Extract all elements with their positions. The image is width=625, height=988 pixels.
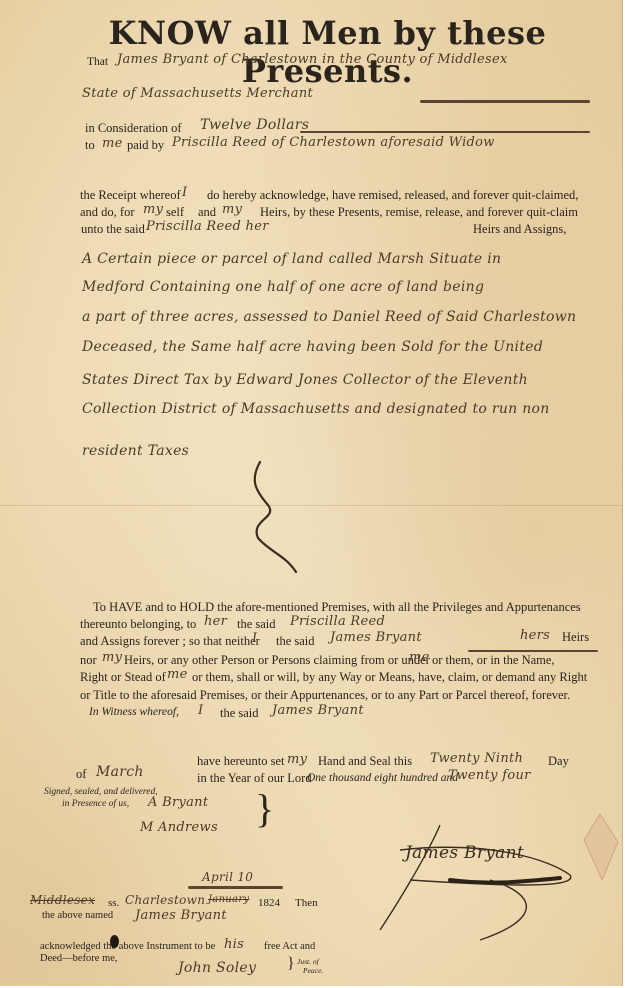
witness-name-1: A Bryant xyxy=(148,795,208,810)
grantor-line-2: State of Massachusetts Merchant xyxy=(82,86,313,101)
that-label: That xyxy=(87,56,108,68)
justice-signature: John Soley xyxy=(178,960,256,976)
justice-title-1: Just. of xyxy=(297,957,319,966)
to-fill: me xyxy=(102,136,123,151)
habendum-line-6: or Title to the aforesaid Premises, or t… xyxy=(80,688,570,703)
consideration-label: in Consideration of xyxy=(85,121,182,136)
fold-line xyxy=(0,505,622,506)
receipt-fill-my: my xyxy=(143,202,163,217)
habendum-fill-grantor: James Bryant xyxy=(330,630,422,645)
ack-fill-his: his xyxy=(224,937,244,952)
receipt-line-3b: Heirs and Assigns, xyxy=(473,222,566,237)
habendum-line-2b: the said xyxy=(237,617,276,632)
ack-above-named: the above named xyxy=(42,910,113,921)
ack-year: 1824 xyxy=(258,897,280,909)
to-label: to xyxy=(85,138,95,153)
in-presence-label: in Presence of us, xyxy=(62,799,129,809)
struck-date: January xyxy=(208,894,249,905)
habendum-line-3a: and Assigns forever ; so that neither xyxy=(80,634,260,649)
receipt-and: and xyxy=(198,205,216,220)
signed-sealed-label: Signed, sealed, and delivered, xyxy=(44,787,158,797)
county-fill: Middlesex xyxy=(30,893,95,907)
paid-by-label: paid by xyxy=(127,138,164,153)
testimonium-line-1b: Hand and Seal this xyxy=(318,754,412,769)
description-line-1: A Certain piece or parcel of land called… xyxy=(82,251,501,267)
fill-rule xyxy=(188,886,283,889)
testimonium-year-words: One thousand eight hundred and xyxy=(307,772,458,784)
place-fill: Charlestown xyxy=(125,893,205,907)
description-line-4: Deceased, the Same half acre having been… xyxy=(82,339,543,355)
testimonium-day-fill: Twenty Ninth xyxy=(430,751,523,766)
habendum-line-2a: thereunto belonging, to xyxy=(80,617,196,632)
description-line-7: resident Taxes xyxy=(82,443,189,459)
testimonium-fill-my: my xyxy=(287,752,307,767)
receipt-line-1b: do hereby acknowledge, have remised, rel… xyxy=(207,188,578,203)
ack-line-3b: free Act and xyxy=(264,941,315,952)
payer-fill: Priscilla Reed of Charlestown aforesaid … xyxy=(172,135,495,150)
habendum-fill-me-2: me xyxy=(167,667,188,682)
witness-name-2: M Andrews xyxy=(140,820,218,835)
ack-name-fill: James Bryant xyxy=(135,908,227,923)
witness-said: the said xyxy=(220,706,259,721)
ack-then: Then xyxy=(295,897,318,909)
justice-brace: } xyxy=(287,955,295,973)
witness-fill-i: I xyxy=(198,703,203,718)
signature-flourish xyxy=(370,820,600,950)
year-fill: Twenty four xyxy=(448,768,531,783)
description-line-6: Collection District of Massachusetts and… xyxy=(82,401,550,417)
habendum-fill-her: her xyxy=(204,614,227,629)
description-line-3: a part of three acres, assessed to Danie… xyxy=(82,309,576,325)
habendum-line-4a: nor xyxy=(80,653,97,668)
fill-rule xyxy=(420,100,590,103)
habendum-line-4c: or them, or in the Name, xyxy=(432,653,555,668)
wax-seal-mark xyxy=(580,812,620,882)
ink-blot xyxy=(110,935,119,948)
habendum-heirs: Heirs xyxy=(562,630,589,645)
receipt-line-2a: and do, for xyxy=(80,205,135,220)
receipt-line-2b: Heirs, by these Presents, remise, releas… xyxy=(260,205,578,220)
habendum-line-1: To HAVE and to HOLD the afore-mentioned … xyxy=(93,600,581,615)
receipt-fill-i: I xyxy=(182,185,187,200)
habendum-line-5a: Right or Stead of xyxy=(80,670,166,685)
deed-paper: KNOW all Men by these Presents. That Jam… xyxy=(0,0,623,986)
squiggle-flourish xyxy=(230,460,310,580)
in-witness-label: In Witness whereof, xyxy=(89,706,179,718)
habendum-fill-hers: hers xyxy=(520,628,550,643)
testimonium-line-1a: have hereunto set xyxy=(197,754,284,769)
testimonium-day-label: Day xyxy=(548,754,569,769)
grantee-fill: Priscilla Reed her xyxy=(146,219,269,234)
receipt-fill-my-2: my xyxy=(222,202,242,217)
consideration-amount: Twelve Dollars xyxy=(200,117,309,133)
habendum-fill-me: me xyxy=(409,650,430,665)
habendum-line-3b: the said xyxy=(276,634,315,649)
testimonium-line-2a: in the Year of our Lord xyxy=(197,771,312,786)
grantor-line-1: James Bryant of Charlestown in the Count… xyxy=(117,52,508,67)
of-label: of xyxy=(76,767,86,782)
description-line-5: States Direct Tax by Edward Jones Collec… xyxy=(82,372,528,388)
witness-brace: } xyxy=(255,785,274,832)
habendum-fill-my: my xyxy=(102,650,122,665)
fill-rule xyxy=(468,650,598,652)
month-fill: March xyxy=(96,764,144,780)
habendum-line-4b: Heirs, or any other Person or Persons cl… xyxy=(124,653,430,668)
ack-line-4: Deed—before me, xyxy=(40,953,118,964)
habendum-fill-i: I xyxy=(252,631,257,646)
receipt-line-1a: the Receipt whereof xyxy=(80,188,181,203)
ack-line-3a: acknowledged the above Instrument to be xyxy=(40,941,215,952)
witness-fill-name: James Bryant xyxy=(272,703,364,718)
habendum-line-5b: or them, shall or will, by any Way or Me… xyxy=(192,670,587,685)
habendum-fill-grantee: Priscilla Reed xyxy=(290,614,385,629)
acknowledgment-date-above: April 10 xyxy=(202,870,253,884)
justice-title-2: Peace. xyxy=(303,966,323,975)
fill-rule xyxy=(300,131,590,133)
receipt-line-3a: unto the said xyxy=(81,222,145,237)
ss-label: ss. xyxy=(108,897,119,909)
description-line-2: Medford Containing one half of one acre … xyxy=(82,279,484,295)
receipt-self: self xyxy=(166,205,184,220)
